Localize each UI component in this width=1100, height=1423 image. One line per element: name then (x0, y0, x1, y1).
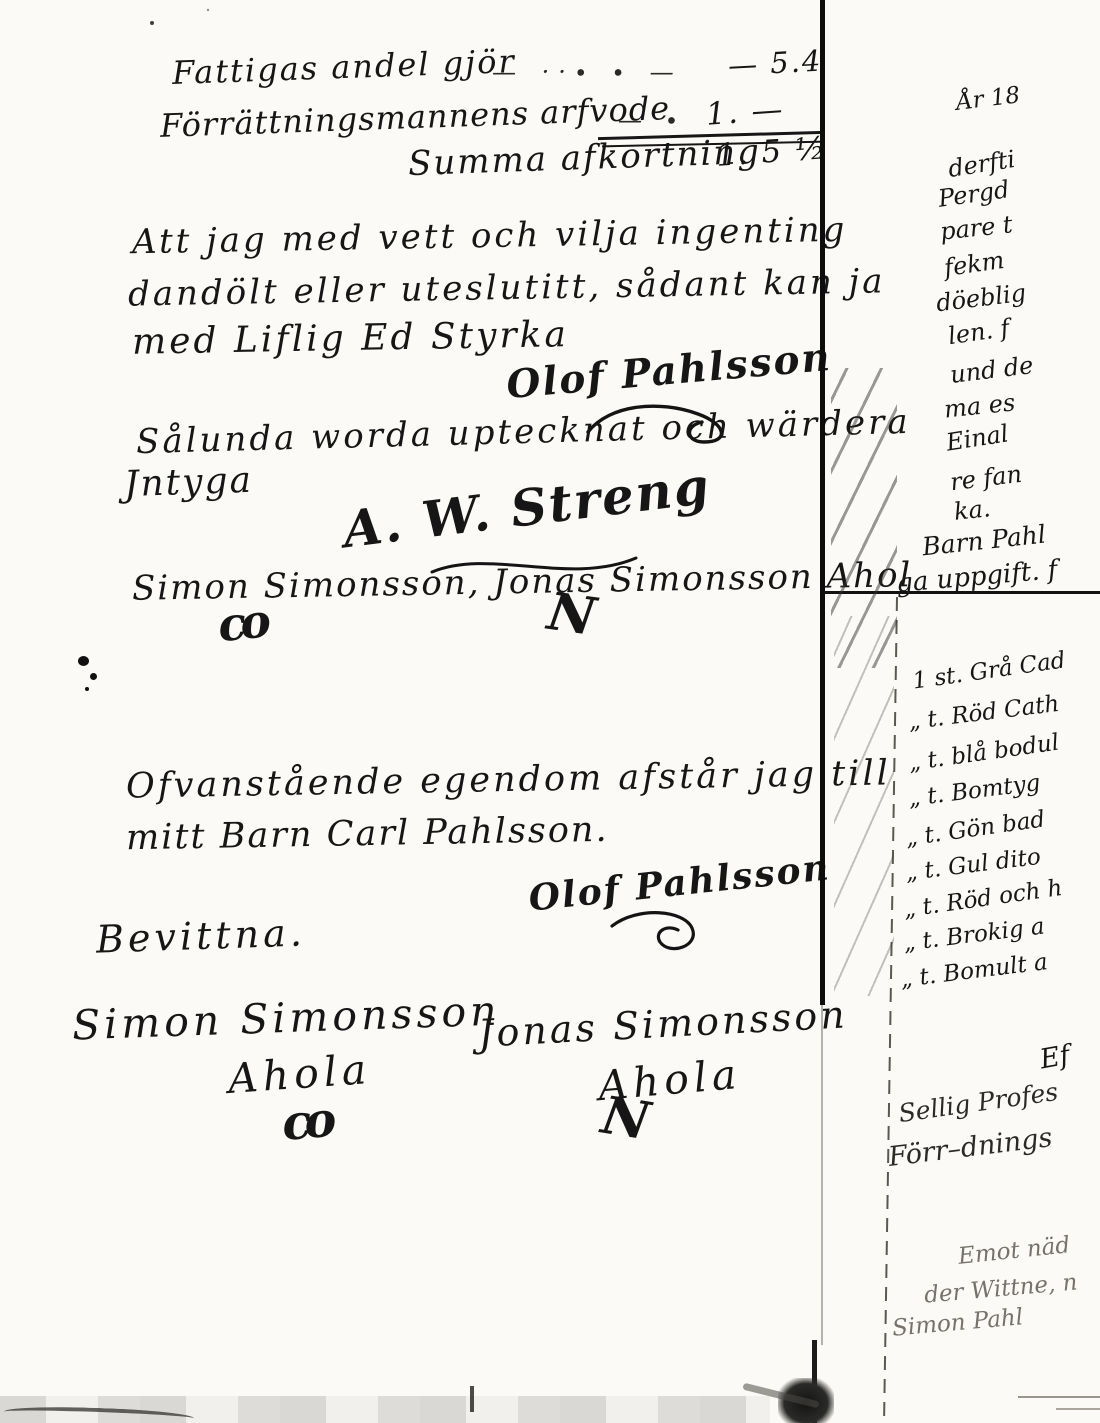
bottom-right-streak-1 (1018, 1396, 1100, 1398)
summary-row3-amount: 1. 5 ½ (715, 130, 828, 174)
inventory-item-fragment: 1 st. Grå Cad (911, 647, 1067, 694)
right-top-fragment: döeblig (935, 279, 1028, 318)
inventory-item-fragment: „ t. Bomtyg (907, 770, 1042, 812)
witness2-bomarke-mark: N (598, 1085, 654, 1153)
marginal-cross-writing-lower (834, 616, 894, 996)
signature-flourish-2 (608, 908, 708, 956)
bevittna-heading: Bevittna. (95, 910, 306, 961)
right-top-fragment: und de (949, 351, 1035, 389)
inventory-item-fragment: „ t. Bomult a (899, 949, 1049, 993)
summary-row3-label: Summa afkortning (407, 132, 761, 184)
oath-line2: dandölt eller uteslutitt, sådant kan ja (128, 261, 886, 314)
right-top-fragment: ka. (953, 494, 992, 526)
summary-row2-label: Förrättningsmannens arfvode (159, 89, 670, 145)
summary-row1-dashes: — ··∙ ∙ — (492, 58, 683, 86)
paper-speck-1 (150, 21, 154, 25)
ink-dot (85, 687, 89, 691)
right-top-fragment: pare t (939, 210, 1014, 245)
right-bottom-fragment: der Wittne, n (923, 1269, 1078, 1308)
witness1-bomarke-mark: co (280, 1092, 332, 1152)
bottom-smudge-tick (470, 1386, 474, 1412)
summary-row1-label: Fattigas andel gjör (171, 42, 516, 92)
right-bottom-fragment: Emot näd (957, 1232, 1071, 1270)
right-closing-fragment: Ef (1038, 1040, 1073, 1076)
page-fold-line (820, 0, 825, 1005)
inventory-item-fragment: „ t. Röd Cath (907, 691, 1061, 735)
scanned-document-page: Fattigas andel gjör — ··∙ ∙ — — 5.4 Förr… (0, 0, 1100, 1423)
oath-line1: Att jag med vett och vilja ingenting (132, 210, 848, 262)
oath-line3: med Liflig Ed Styrka (132, 314, 570, 363)
transfer-line1: Ofvanstående egendom afstår jag till (126, 753, 891, 806)
right-top-fragment: Barn Pahl (921, 520, 1047, 562)
right-top-fragment: År 18 (955, 82, 1022, 116)
bottom-right-streak-2 (1056, 1408, 1100, 1410)
jonas-bomarke-mark: N (544, 581, 600, 648)
witness2-signature: Jonas Simonsson (477, 992, 849, 1055)
right-bottom-fragment: Simon Pahl (891, 1304, 1024, 1341)
right-closing-fragment: Förr–dnings (887, 1122, 1054, 1173)
right-top-fragment: re fan (949, 460, 1024, 497)
right-top-fragment: fekm (942, 246, 1006, 282)
transfer-line2: mitt Barn Carl Pahlsson. (126, 810, 609, 858)
right-closing-fragment: Sellig Profes (897, 1077, 1060, 1128)
page-fold-line-faint (821, 1005, 823, 1345)
summary-row1-amount: — 5.4 (727, 44, 823, 83)
signature-a-w-streng: A. W. Streng (340, 456, 714, 560)
attestation-line1: Sålunda worda uptecknat och wärdera (136, 402, 912, 462)
summary-row2-amount: 1. — (705, 91, 786, 132)
ink-blot (78, 656, 89, 666)
right-top-fragment: Pergd (936, 175, 1011, 213)
witness1-signature: Simon Simonsson (71, 987, 501, 1050)
paper-speck-2 (207, 9, 209, 11)
right-top-fragment: len. f (946, 314, 1011, 350)
attestation-line2: Jntyga (123, 460, 253, 505)
simon-bomarke-mark: co (215, 594, 267, 653)
ink-blot-small (90, 673, 97, 680)
summary-row2-dashes: — ∙ (618, 106, 685, 134)
right-top-fragment: Einal (944, 419, 1010, 456)
